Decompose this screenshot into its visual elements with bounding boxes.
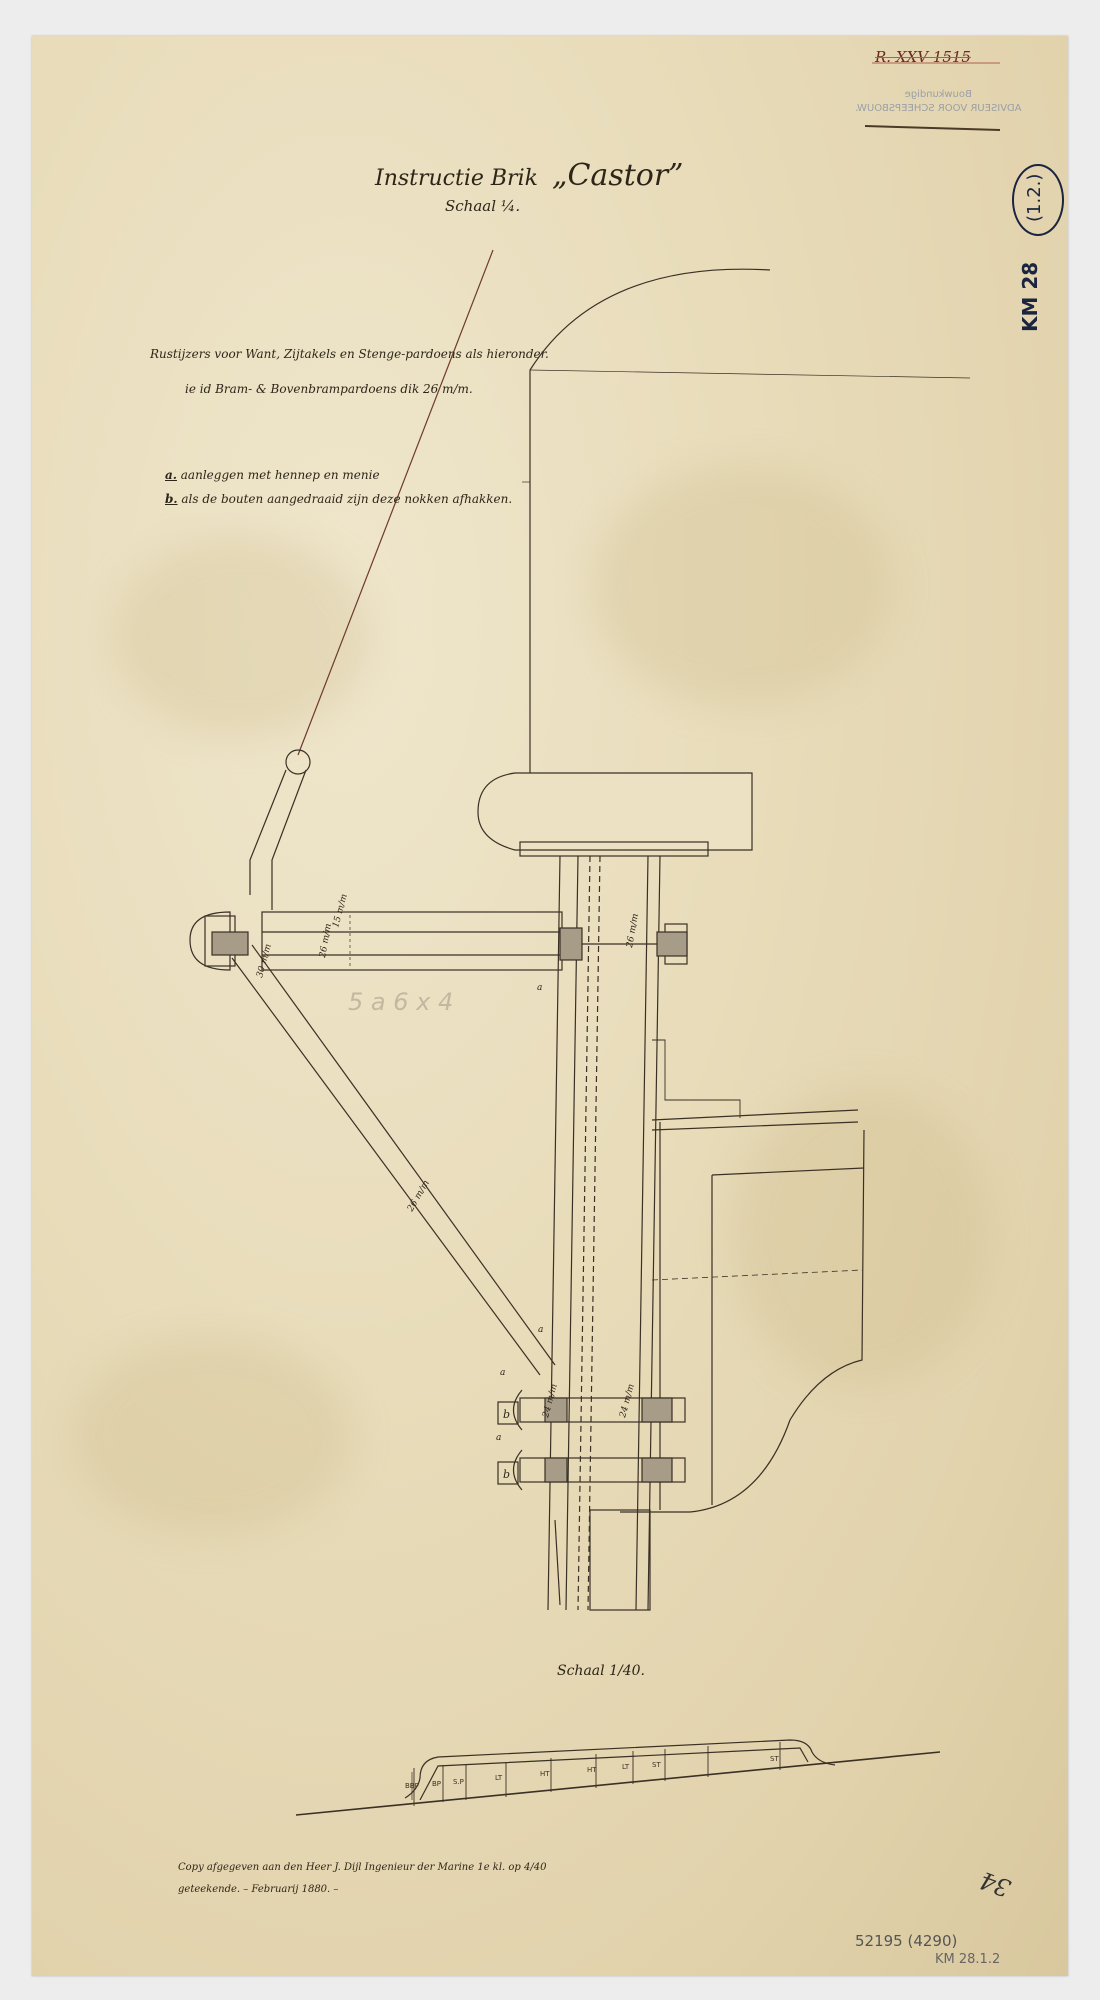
pencil-note: 5 a 6 x 4 [348, 988, 453, 1016]
main-scale: Schaal ¼. [445, 197, 520, 215]
marker-a: a [538, 1325, 543, 1335]
station-label: LT [495, 1774, 503, 1782]
dimension-label: 26 m/m [318, 923, 334, 960]
title-prefix: Instructie Brik [375, 166, 538, 191]
legend-item-a: a. aanleggen met hennep en menie [165, 463, 512, 487]
stamp-line: Bouwkundige [855, 88, 1021, 102]
legend: a. aanleggen met hennep en menie b. als … [165, 463, 512, 511]
office-stamp: Bouwkundige ADVISEUR VOOR SCHEEPSBOUW. [855, 88, 1021, 116]
marker-b: b [503, 1468, 510, 1481]
copy-line-1: Copy afgegeven aan den Heer J. Dijl Inge… [178, 1857, 546, 1879]
ship-name: „Castor” [552, 158, 684, 193]
station-label: LT [622, 1763, 630, 1771]
secondary-scale: Schaal 1/40. [557, 1663, 645, 1679]
sheet-subnumber: (1.2.) [1024, 174, 1045, 222]
marker-a: a [500, 1368, 505, 1378]
station-label: HT [587, 1766, 597, 1774]
dimension-label: 26 m/m [405, 1179, 431, 1215]
dimension-label: 30 m/m [255, 943, 274, 979]
technical-drawing: BBP BP S.P LT HT HT LT ST ST 15 m/m 26 m… [0, 0, 1100, 2000]
stamp-line: ADVISEUR VOOR SCHEEPSBOUW. [855, 102, 1021, 116]
signature-stroke [865, 126, 1000, 130]
legend-item-b: b. als de bouten aangedraaid zijn deze n… [165, 487, 512, 511]
station-label: HT [540, 1770, 550, 1778]
copy-line-2: geteekende. – Februarij 1880. – [178, 1879, 546, 1901]
marker-a: a [537, 983, 542, 993]
dimension-label: 24 m/m [618, 1383, 637, 1420]
dimension-label: 15 m/m [331, 893, 350, 929]
archive-reference: R. XXV 1515 [875, 48, 971, 66]
copy-note: Copy afgegeven aan den Heer J. Dijl Inge… [178, 1857, 546, 1901]
station-label: S.P [453, 1778, 464, 1786]
marker-b: b [503, 1408, 510, 1421]
station-label: ST [770, 1755, 779, 1763]
inventory-number: 52195 (4290) [855, 1932, 957, 1950]
note-line-2: ie id Bram- & Bovenbrampardoens dik 26 m… [185, 382, 473, 396]
inventory-code: KM 28.1.2 [935, 1952, 1000, 1967]
station-label: BP [432, 1780, 441, 1788]
station-label: ST [652, 1761, 661, 1769]
km-code: KM 28 [1018, 262, 1042, 332]
drawing-title: Instructie Brik„Castor” [375, 158, 684, 193]
hull-curve [530, 269, 770, 370]
note-line-1: Rustijzers voor Want, Zijtakels en Steng… [150, 347, 549, 361]
marker-a: a [496, 1433, 501, 1443]
station-label: BBP [405, 1782, 419, 1790]
